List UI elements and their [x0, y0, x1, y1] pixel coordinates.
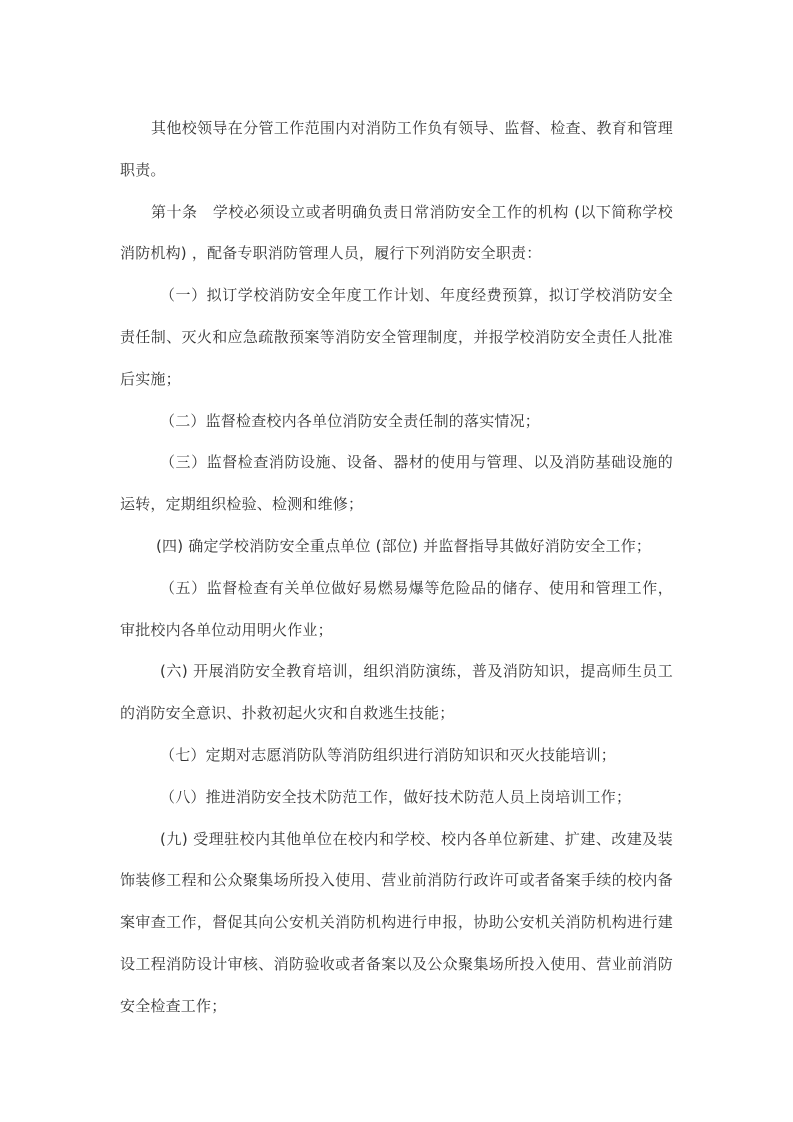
paragraph-article-10: 第十条 学校必须设立或者明确负责日常消防安全工作的机构 (以下简称学校消防机构)… — [120, 192, 673, 276]
paragraph-item-3: （三）监督检查消防设施、设备、器材的使用与管理、以及消防基础设施的运转，定期组织… — [120, 442, 673, 526]
paragraph-item-2: （二）监督检查校内各单位消防安全责任制的落实情况； — [120, 401, 673, 443]
paragraph-item-9: (九) 受理驻校内其他单位在校内和学校、校内各单位新建、扩建、改建及装饰装修工程… — [120, 819, 673, 1028]
paragraph-item-8: （八）推进消防安全技术防范工作，做好技术防范人员上岗培训工作； — [120, 777, 673, 819]
paragraph-item-7: （七）定期对志愿消防队等消防组织进行消防知识和灭火技能培训； — [120, 735, 673, 777]
paragraph-item-4: (四) 确定学校消防安全重点单位 (部位) 并监督指导其做好消防安全工作； — [120, 526, 673, 568]
paragraph-other-leaders: 其他校领导在分管工作范围内对消防工作负有领导、监督、检查、教育和管理职责。 — [120, 108, 673, 192]
paragraph-item-1: （一）拟订学校消防安全年度工作计划、年度经费预算，拟订学校消防安全责任制、灭火和… — [120, 275, 673, 400]
document-page: 其他校领导在分管工作范围内对消防工作负有领导、监督、检查、教育和管理职责。 第十… — [120, 108, 673, 1028]
paragraph-item-5: （五）监督检查有关单位做好易燃易爆等危险品的储存、使用和管理工作，审批校内各单位… — [120, 568, 673, 652]
paragraph-item-6: (六) 开展消防安全教育培训，组织消防演练，普及消防知识，提高师生员工的消防安全… — [120, 651, 673, 735]
